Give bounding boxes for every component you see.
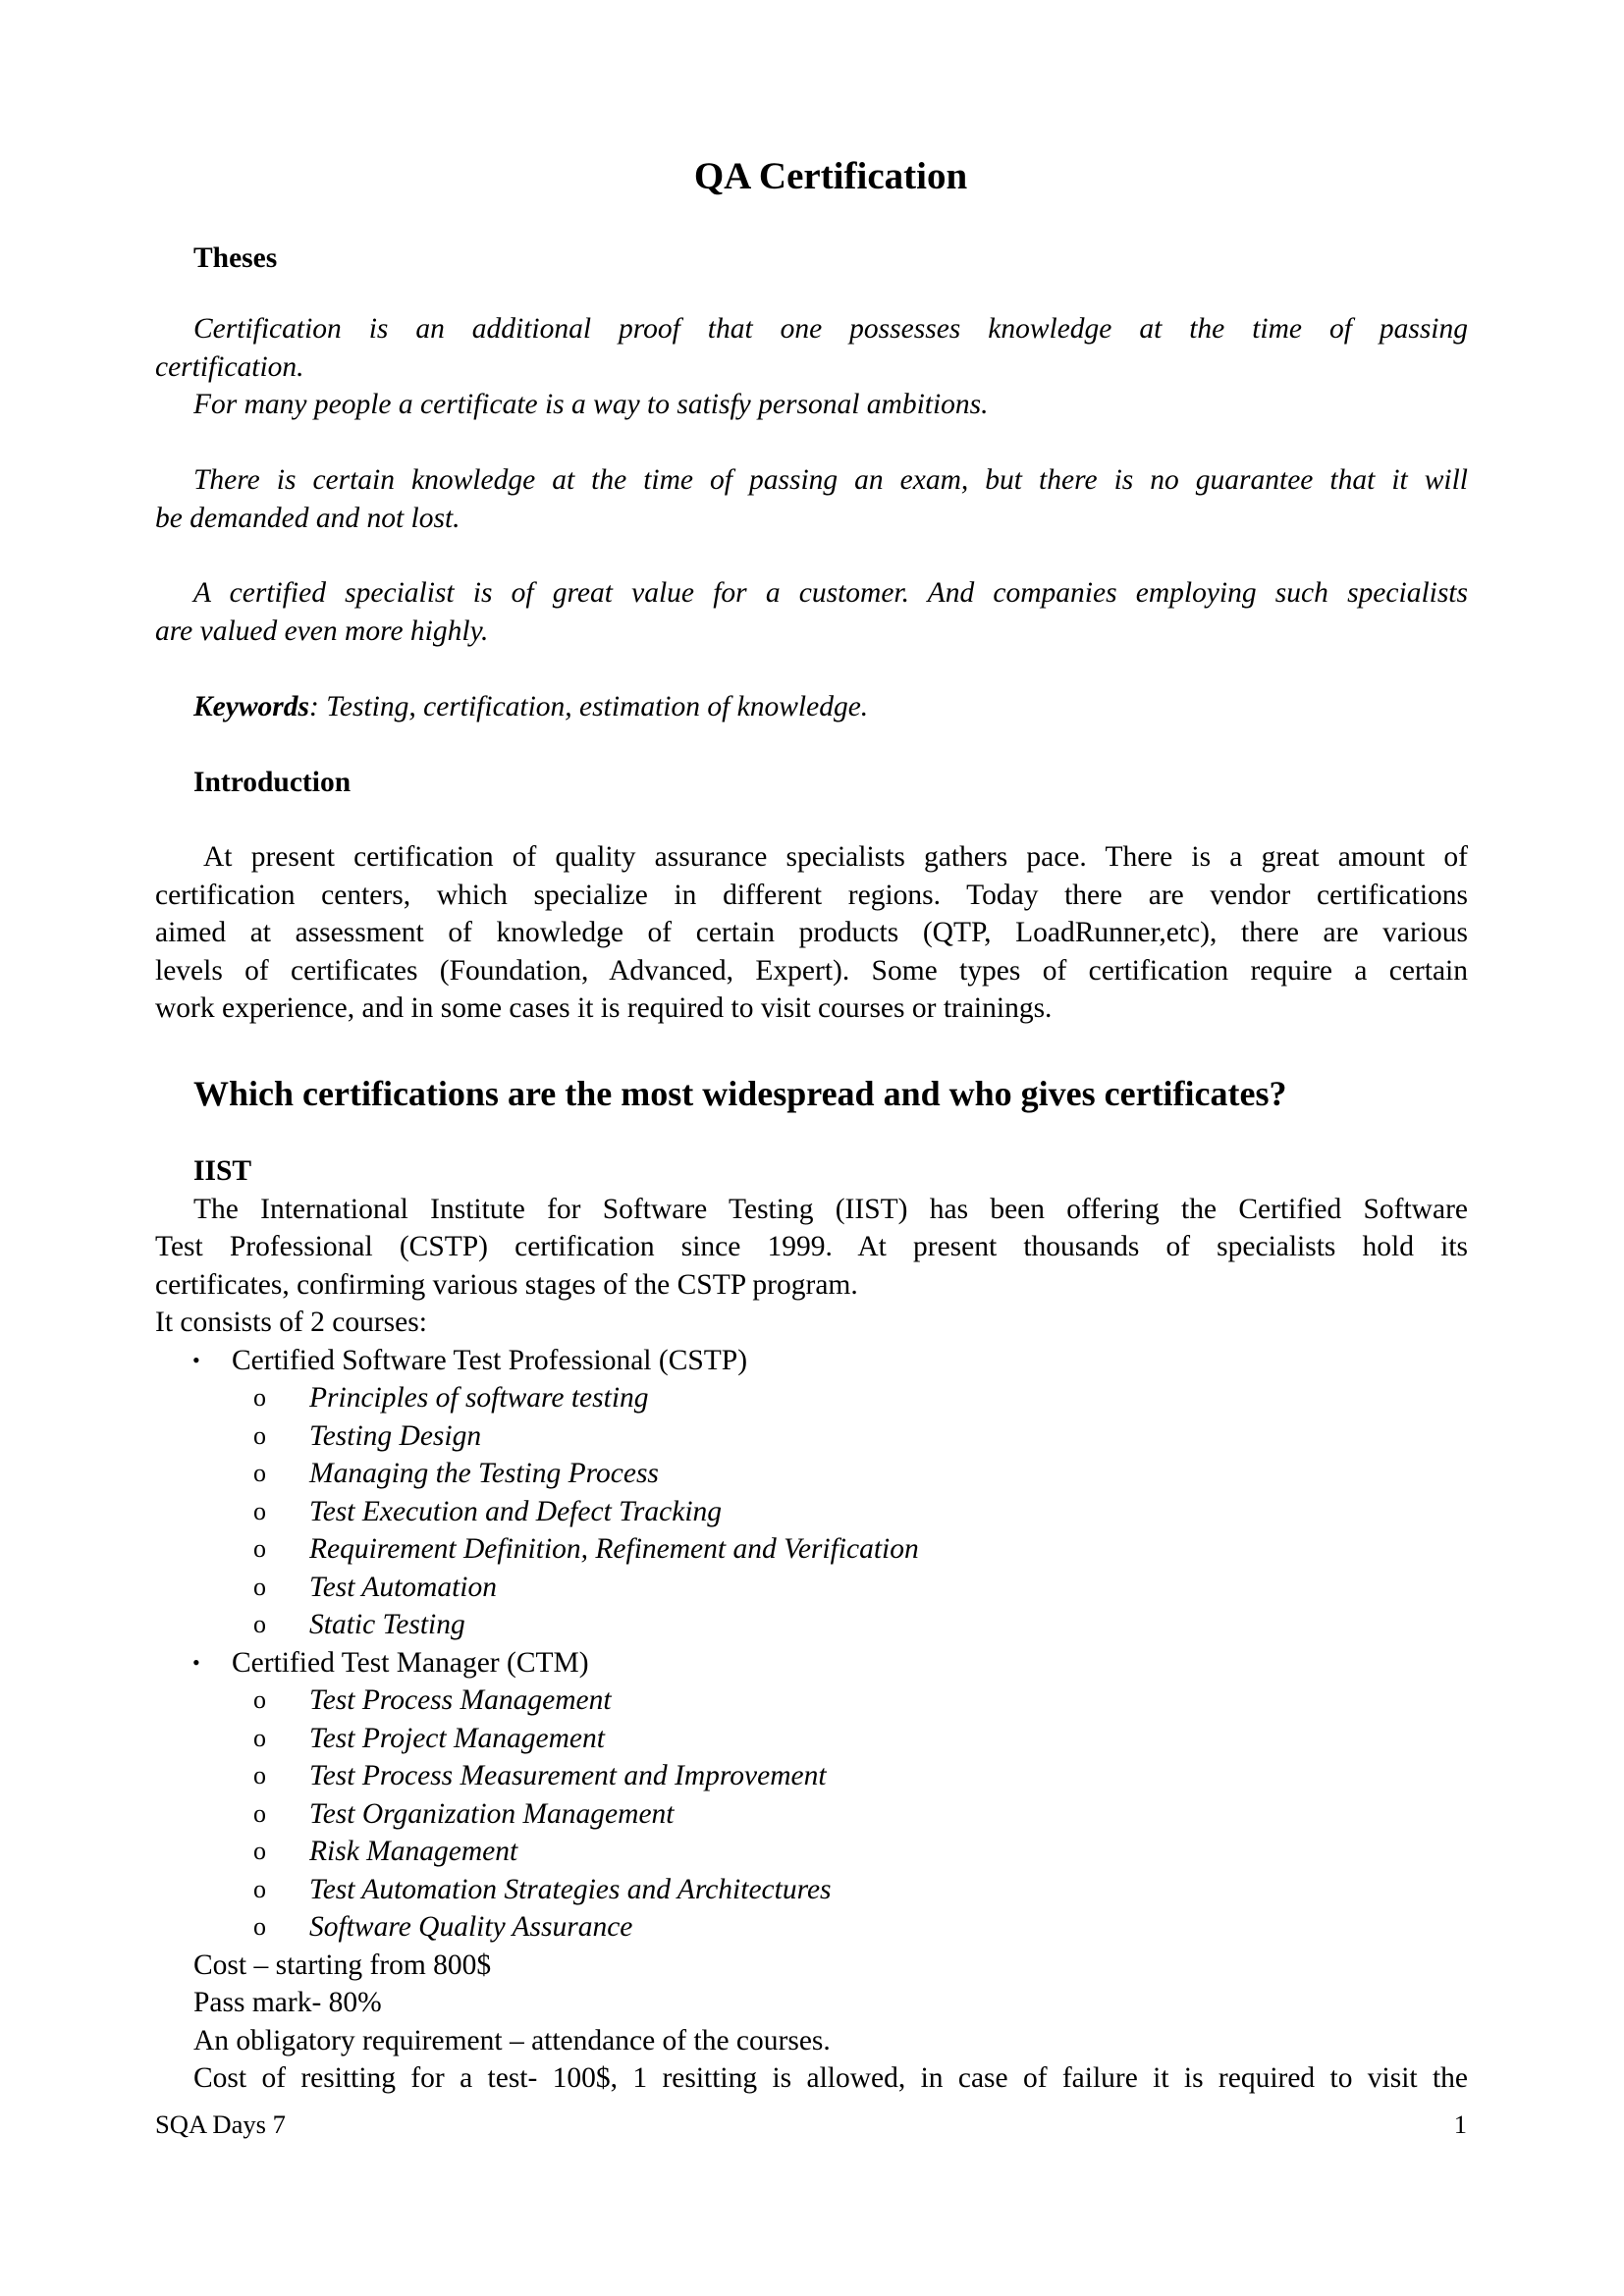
course-item: •Certified Test Manager (CTM) bbox=[155, 1644, 1468, 1682]
course-topic-item: oStatic Testing bbox=[155, 1606, 1468, 1644]
text-line: aimed at assessment of knowledge of cert… bbox=[155, 914, 1468, 952]
course-topic-item: oTest Automation bbox=[155, 1569, 1468, 1607]
text-line: At present certification of quality assu… bbox=[155, 838, 1468, 877]
course-topic-item: oTest Process Management bbox=[155, 1682, 1468, 1720]
course-topic: Software Quality Assurance bbox=[309, 1911, 632, 1943]
text-line: Test Professional (CSTP) certification s… bbox=[155, 1228, 1468, 1266]
text-line: Certification is an additional proof tha… bbox=[155, 310, 1468, 348]
text-line: For many people a certificate is a way t… bbox=[155, 386, 1468, 424]
iist-heading: IIST bbox=[155, 1152, 1468, 1191]
course-topic: Test Automation bbox=[309, 1572, 497, 1603]
keywords-text: : Testing, certification, estimation of … bbox=[309, 691, 868, 722]
course-topic-item: oManaging the Testing Process bbox=[155, 1455, 1468, 1493]
text-line: be demanded and not lost. bbox=[155, 500, 1468, 538]
introduction-paragraph: At present certification of quality assu… bbox=[155, 838, 1468, 1028]
course-topic: Principles of software testing bbox=[309, 1382, 649, 1414]
circle-bullet-icon: o bbox=[253, 1493, 266, 1531]
introduction-section: Introduction bbox=[155, 764, 1468, 802]
bullet-icon: • bbox=[192, 1342, 200, 1380]
course-item: •Certified Software Test Professional (C… bbox=[155, 1342, 1468, 1380]
circle-bullet-icon: o bbox=[253, 1379, 266, 1417]
course-topic: Risk Management bbox=[309, 1836, 517, 1867]
footer-conference-name: SQA Days 7 bbox=[155, 2109, 286, 2140]
cost-line: Cost – starting from 800$ bbox=[155, 1947, 1468, 1985]
course-topic: Test Automation Strategies and Architect… bbox=[309, 1874, 832, 1905]
section-heading: Which certifications are the most widesp… bbox=[193, 1072, 1287, 1115]
circle-bullet-icon: o bbox=[253, 1455, 266, 1493]
keywords-label: Keywords bbox=[193, 691, 309, 722]
text-line: certification centers, which specialize … bbox=[155, 877, 1468, 915]
course-topic: Test Process Management bbox=[309, 1684, 612, 1716]
theses-paragraph-1: Certification is an additional proof tha… bbox=[155, 310, 1468, 424]
circle-bullet-icon: o bbox=[253, 1833, 266, 1871]
keywords-line: Keywords: Testing, certification, estima… bbox=[155, 688, 1468, 726]
course-topic: Testing Design bbox=[309, 1420, 481, 1452]
theses-heading: Theses bbox=[155, 240, 1468, 278]
course-topic: Managing the Testing Process bbox=[309, 1458, 659, 1489]
circle-bullet-icon: o bbox=[253, 1908, 266, 1947]
circle-bullet-icon: o bbox=[253, 1606, 266, 1644]
theses-section: Theses bbox=[155, 240, 1468, 278]
course-topic-item: oRequirement Definition, Refinement and … bbox=[155, 1530, 1468, 1569]
consists-line: It consists of 2 courses: bbox=[155, 1304, 1468, 1342]
theses-paragraph-3: A certified specialist is of great value… bbox=[155, 574, 1468, 650]
course-topic-item: oSoftware Quality Assurance bbox=[155, 1908, 1468, 1947]
circle-bullet-icon: o bbox=[253, 1530, 266, 1569]
circle-bullet-icon: o bbox=[253, 1871, 266, 1909]
course-topic: Test Project Management bbox=[309, 1723, 605, 1754]
circle-bullet-icon: o bbox=[253, 1720, 266, 1758]
theses-paragraph-2: There is certain knowledge at the time o… bbox=[155, 461, 1468, 537]
text-line: levels of certificates (Foundation, Adva… bbox=[155, 952, 1468, 990]
course-topic-item: oTest Process Measurement and Improvemen… bbox=[155, 1757, 1468, 1795]
course-list: •Certified Software Test Professional (C… bbox=[155, 1342, 1468, 1947]
resitting-line: Cost of resitting for a test- 100$, 1 re… bbox=[155, 2059, 1468, 2098]
document-title: QA Certification bbox=[19, 153, 1624, 200]
page-number: 1 bbox=[1454, 2109, 1467, 2140]
requirement-line: An obligatory requirement – attendance o… bbox=[155, 2022, 1468, 2060]
circle-bullet-icon: o bbox=[253, 1757, 266, 1795]
course-topic-item: oRisk Management bbox=[155, 1833, 1468, 1871]
course-topic-item: oPrinciples of software testing bbox=[155, 1379, 1468, 1417]
text-line: certificates, confirming various stages … bbox=[155, 1266, 1468, 1305]
course-topic-item: oTest Project Management bbox=[155, 1720, 1468, 1758]
course-name: Certified Software Test Professional (CS… bbox=[232, 1345, 747, 1376]
text-line: are valued even more highly. bbox=[155, 613, 1468, 651]
pass-mark-line: Pass mark- 80% bbox=[155, 1984, 1468, 2022]
course-name: Certified Test Manager (CTM) bbox=[232, 1647, 589, 1679]
course-topic-item: oTest Execution and Defect Tracking bbox=[155, 1493, 1468, 1531]
course-topic: Static Testing bbox=[309, 1609, 465, 1640]
circle-bullet-icon: o bbox=[253, 1795, 266, 1834]
text-line: There is certain knowledge at the time o… bbox=[155, 461, 1468, 500]
circle-bullet-icon: o bbox=[253, 1682, 266, 1720]
course-topic: Test Process Measurement and Improvement bbox=[309, 1760, 827, 1791]
bullet-icon: • bbox=[192, 1644, 200, 1682]
course-topic-item: oTest Automation Strategies and Architec… bbox=[155, 1871, 1468, 1909]
iist-section: IIST The International Institute for Sof… bbox=[155, 1152, 1468, 2098]
text-line: A certified specialist is of great value… bbox=[155, 574, 1468, 613]
text-line: work experience, and in some cases it is… bbox=[155, 989, 1468, 1028]
text-line: The International Institute for Software… bbox=[155, 1191, 1468, 1229]
introduction-heading: Introduction bbox=[155, 764, 1468, 802]
course-topic: Test Execution and Defect Tracking bbox=[309, 1496, 722, 1527]
course-topic-item: oTest Organization Management bbox=[155, 1795, 1468, 1834]
circle-bullet-icon: o bbox=[253, 1417, 266, 1456]
text-line: certification. bbox=[155, 348, 1468, 387]
circle-bullet-icon: o bbox=[253, 1569, 266, 1607]
course-topic: Test Organization Management bbox=[309, 1798, 675, 1830]
course-topic: Requirement Definition, Refinement and V… bbox=[309, 1533, 919, 1565]
course-topic-item: oTesting Design bbox=[155, 1417, 1468, 1456]
